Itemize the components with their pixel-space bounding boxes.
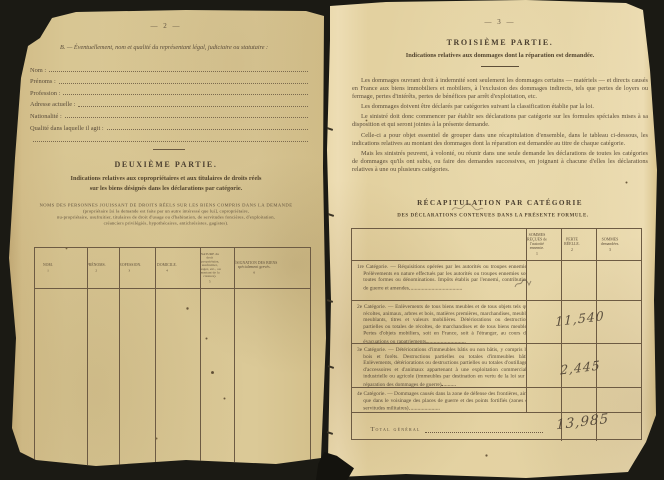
identity-fields: Nom : Prénoms : Profession : Adresse act… bbox=[30, 62, 310, 143]
dotted-line bbox=[78, 105, 308, 107]
part3-title: TROISIÈME PARTIE. bbox=[352, 38, 648, 47]
recap-row-4-cell bbox=[597, 388, 641, 413]
column-header: NATURE du droit (propriétaire, usufruiti… bbox=[201, 248, 234, 289]
part2-title: DEUXIÈME PARTIE. bbox=[14, 160, 318, 169]
paper-specks bbox=[6, 8, 7, 9]
dotted-line bbox=[59, 82, 308, 84]
dotted-line bbox=[33, 140, 308, 142]
field-label: Qualité dans laquelle il agit : bbox=[30, 125, 104, 132]
dotted-line bbox=[65, 116, 308, 118]
recap-row-1-cell bbox=[562, 261, 597, 301]
paragraph: Mais les sinistrés peuvent, à volonté, o… bbox=[352, 150, 648, 174]
recap-header-sommes-demandees: SOMMES demandées.3 bbox=[597, 229, 641, 261]
part2-subtitle-line1: Indications relatives aux copropriétaire… bbox=[14, 175, 318, 182]
empty-cell bbox=[201, 289, 234, 466]
column-label: PRÉNOMS. bbox=[88, 263, 105, 268]
dotted-leader bbox=[442, 379, 456, 385]
column-label: NOM. bbox=[43, 263, 53, 268]
field-qualite: Qualité dans laquelle il agit : bbox=[30, 120, 310, 132]
field-label: Prénoms : bbox=[30, 78, 56, 85]
dotted-line bbox=[63, 93, 308, 95]
recap-table: SOMMES REÇUES de l'autorité ennemie.1 PE… bbox=[351, 228, 642, 440]
part2-subtitle-line2: sur les biens désignés dans les déclarat… bbox=[14, 185, 318, 192]
recap-header-sommes-recues: SOMMES REÇUES de l'autorité ennemie.1 bbox=[527, 229, 562, 261]
column-label: DOMICILE. bbox=[157, 263, 177, 268]
column-number: 3 bbox=[120, 269, 142, 273]
column-label: SOMMES demandées. bbox=[601, 237, 620, 246]
table-column-profession: PROFESSION.3 bbox=[120, 248, 156, 466]
recap-row-1-cell bbox=[597, 261, 641, 301]
dotted-leader bbox=[426, 336, 465, 342]
empty-cell bbox=[120, 289, 155, 466]
column-header: DOMICILE.4 bbox=[156, 248, 200, 289]
recap-row-3-cell bbox=[597, 344, 641, 388]
table-column-designation-des-biens: DÉSIGNATION DES BIENS spécialement grevé… bbox=[235, 248, 310, 466]
column-number: 2 bbox=[88, 269, 107, 273]
right-page: — 3 — TROISIÈME PARTIE. Indications rela… bbox=[326, 0, 660, 480]
recap-row-3-label: 3e Catégorie. — Détériorations d'immeubl… bbox=[352, 344, 527, 388]
dotted-line bbox=[107, 128, 308, 130]
recap-header-description bbox=[352, 229, 527, 261]
table-column-domicile: DOMICILE.4 bbox=[156, 248, 201, 466]
title-rule bbox=[481, 66, 519, 67]
paragraph: Les dommages ouvrant droit à indemnité s… bbox=[352, 77, 648, 101]
empty-cell bbox=[156, 289, 200, 466]
recap-row-4-cell bbox=[527, 388, 562, 413]
dotted-leader bbox=[409, 403, 440, 409]
field-label: Profession : bbox=[30, 90, 60, 97]
recap-subtitle: DES DÉCLARATIONS CONTENUES DANS LA PRÉSE… bbox=[342, 212, 644, 218]
field-label: Adresse actuelle : bbox=[30, 101, 75, 108]
table-column-prenoms: PRÉNOMS.2 bbox=[88, 248, 120, 466]
paragraph: Les dommages doivent être déclarés par c… bbox=[352, 103, 648, 111]
field-nationalite: Nationalité : bbox=[30, 108, 310, 120]
right-page-number: — 3 — bbox=[352, 18, 648, 26]
column-number: 1 bbox=[35, 269, 68, 273]
column-label: DÉSIGNATION DES BIENS spécialement grevé… bbox=[235, 261, 277, 270]
part3-subtitle: Indications relatives aux dommages dont … bbox=[352, 52, 648, 59]
field-line-continuation bbox=[30, 132, 310, 144]
column-label: PROFESSION. bbox=[120, 263, 141, 268]
left-page: — 2 — B. — Éventuellement, nom et qualit… bbox=[6, 8, 326, 476]
left-page-number: — 2 — bbox=[14, 22, 318, 30]
scanned-archive-spread: { "colors":{ "background":"#1b1a14", "pa… bbox=[0, 0, 664, 480]
paragraph: Le sinistré doit donc commencer par étab… bbox=[352, 113, 648, 129]
column-header: DÉSIGNATION DES BIENS spécialement grevé… bbox=[235, 248, 310, 289]
empty-cell bbox=[35, 289, 87, 466]
handwriting-scribble bbox=[512, 277, 534, 291]
dotted-leader bbox=[425, 426, 543, 433]
column-number: 1 bbox=[527, 252, 550, 256]
recap-row-4-cell bbox=[562, 388, 597, 413]
recap-total-label-cell: Total général bbox=[352, 413, 562, 441]
paragraph: Celle-ci a pour objet essentiel de group… bbox=[352, 132, 648, 148]
empty-cell bbox=[88, 289, 119, 466]
note-line: créanciers privilégiés, hypothécaires, a… bbox=[12, 220, 320, 226]
column-header: PRÉNOMS.2 bbox=[88, 248, 119, 289]
dotted-line bbox=[49, 70, 308, 72]
field-label: Nationalité : bbox=[30, 113, 62, 120]
recap-row-4-label: 4e Catégorie. — Dommages causés dans la … bbox=[352, 388, 527, 413]
field-label: Nom : bbox=[30, 67, 46, 74]
recap-row-1-label: 1re Catégorie. — Réquisitions opérées pa… bbox=[352, 261, 527, 301]
table-column-nom: NOM.1 bbox=[35, 248, 88, 466]
recap-header-perte-reelle: PERTE RÉELLE.2 bbox=[562, 229, 597, 261]
part2-note: NOMS DES PERSONNES JOUISSANT DE DROITS R… bbox=[12, 202, 320, 226]
field-nom: Nom : bbox=[30, 62, 310, 74]
field-adresse: Adresse actuelle : bbox=[30, 97, 310, 109]
paper-specks bbox=[326, 0, 327, 1]
column-label: PERTE RÉELLE. bbox=[564, 237, 580, 246]
dotted-leader bbox=[409, 283, 462, 289]
column-header: PROFESSION.3 bbox=[120, 248, 155, 289]
column-number: 4 bbox=[156, 269, 184, 273]
recap-row-2-label: 2e Catégorie. — Enlèvements de tous bien… bbox=[352, 301, 527, 344]
recap-title: RÉCAPITULATION PAR CATÉGORIE bbox=[352, 199, 648, 207]
handwriting-scribble bbox=[450, 199, 484, 215]
total-label: Total général bbox=[370, 426, 420, 433]
part3-paragraphs: Les dommages ouvrant droit à indemnité s… bbox=[352, 77, 648, 176]
column-number: 3 bbox=[597, 248, 627, 252]
column-number: 2 bbox=[562, 248, 585, 252]
column-header: NOM.1 bbox=[35, 248, 87, 289]
column-number: 5 bbox=[201, 280, 222, 284]
category-text: 4e Catégorie. — Dommages causés dans la … bbox=[357, 390, 527, 411]
section-divider bbox=[153, 149, 185, 150]
section-b-heading: B. — Éventuellement, nom et qualité du r… bbox=[60, 44, 304, 51]
column-label: NATURE du droit (propriétaire, usufruiti… bbox=[201, 252, 220, 278]
coproprietaires-table: NOM.1 PRÉNOMS.2 PROFESSION.3 DOMICILE.4 … bbox=[34, 247, 311, 467]
table-column-nature-du-droit: NATURE du droit (propriétaire, usufruiti… bbox=[201, 248, 235, 466]
column-number: 6 bbox=[235, 271, 282, 275]
empty-cell bbox=[235, 289, 310, 466]
field-prenoms: Prénoms : bbox=[30, 74, 310, 86]
field-profession: Profession : bbox=[30, 85, 310, 97]
column-label: SOMMES REÇUES de l'autorité ennemie. bbox=[527, 233, 547, 251]
recap-row-3-cell bbox=[527, 344, 562, 388]
